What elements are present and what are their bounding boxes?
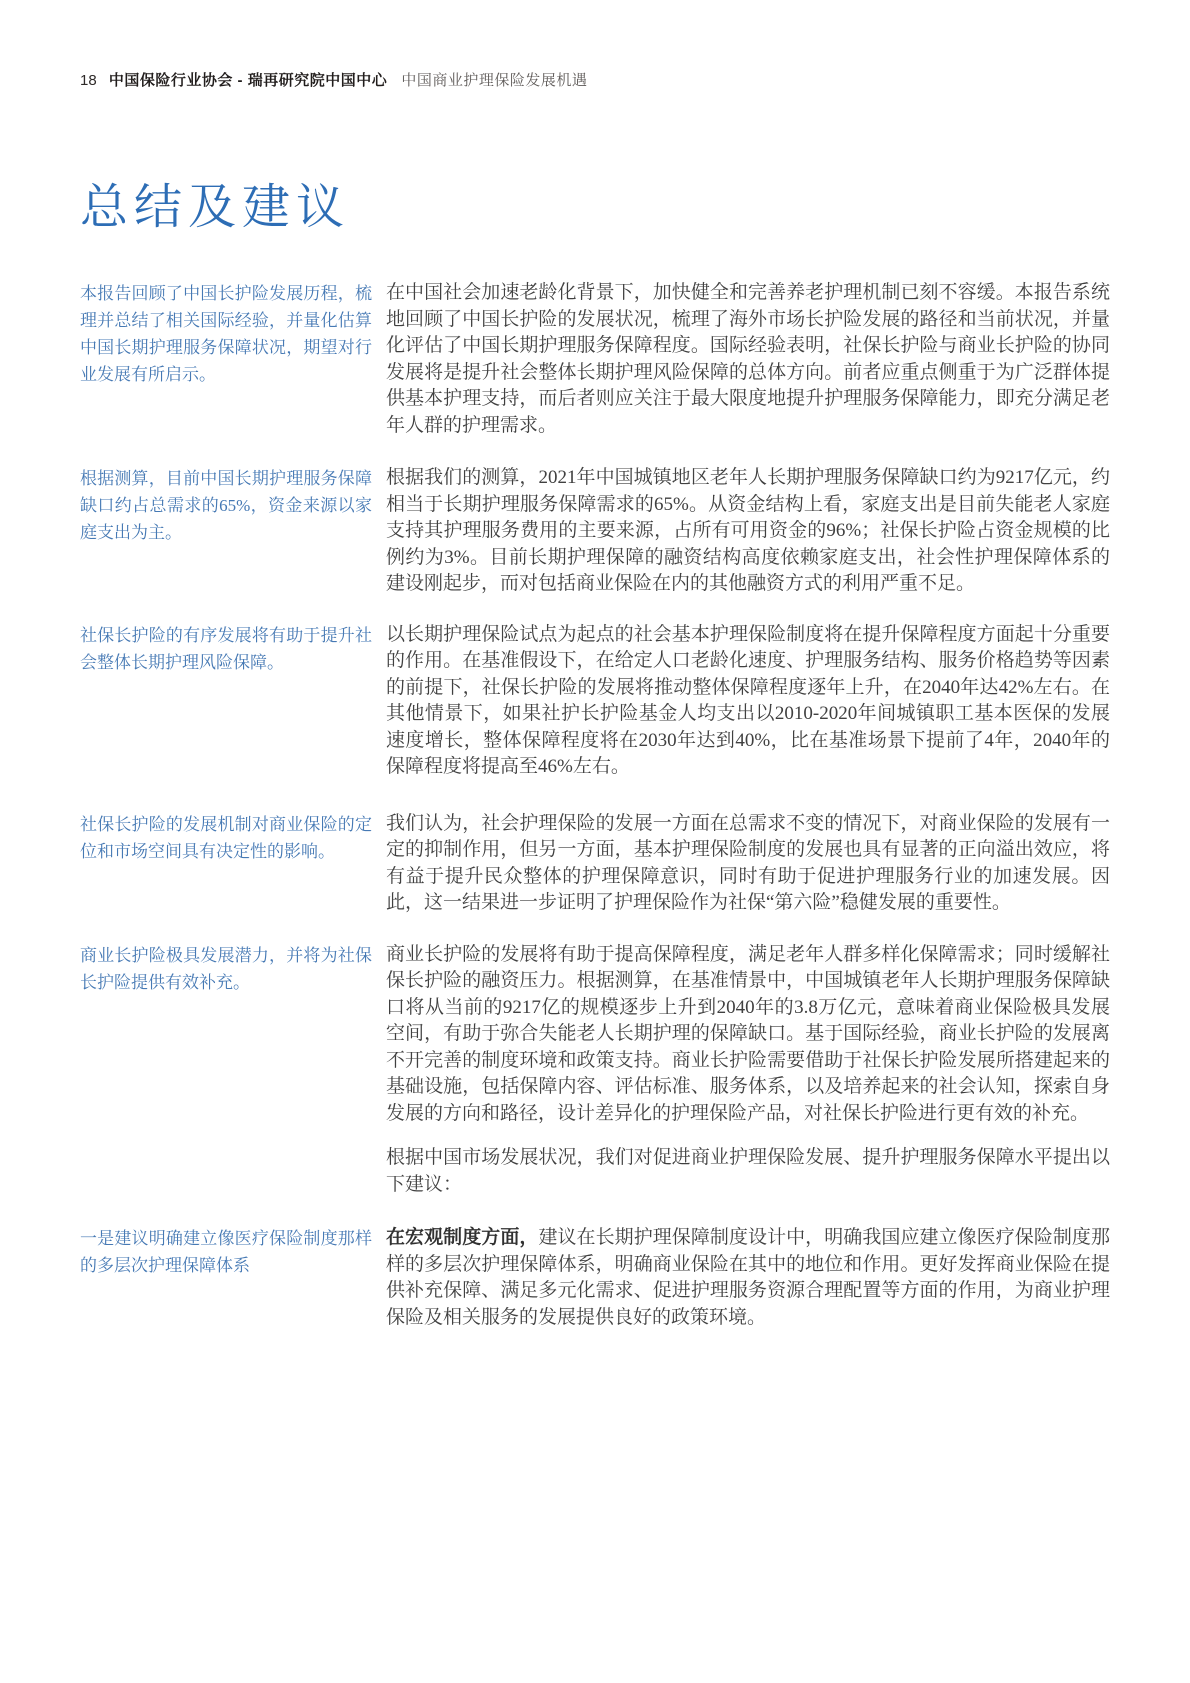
body-paragraph: 在宏观制度方面，建议在长期护理保障制度设计中，明确我国应建立像医疗保险制度那样的… (386, 1225, 1110, 1331)
section-row: 一是建议明确建立像医疗保险制度那样的多层次护理保障体系 在宏观制度方面，建议在长… (80, 1225, 1190, 1331)
body-paragraph: 根据我们的测算，2021年中国城镇地区老年人长期护理服务保障缺口约为9217亿元… (386, 465, 1110, 598)
document-title: 中国商业护理保险发展机遇 (401, 72, 587, 89)
section-row: 社保长护险的有序发展将有助于提升社会整体长期护理风险保障。 以长期护理保险试点为… (80, 622, 1190, 781)
section-row: 商业长护险极具发展潜力，并将为社保长护险提供有效补充。 商业长护险的发展将有助于… (80, 942, 1190, 1128)
margin-note: 一是建议明确建立像医疗保险制度那样的多层次护理保障体系 (80, 1225, 372, 1279)
section-row: 本报告回顾了中国长护险发展历程，梳理并总结了相关国际经验，并量化估算中国长期护理… (80, 280, 1190, 439)
margin-note: 商业长护险极具发展潜力，并将为社保长护险提供有效补充。 (80, 942, 372, 996)
chapter-title: 总结及建议 (80, 180, 1190, 236)
organization-name: 中国保险行业协会 - 瑞再研究院中国中心 (109, 72, 387, 89)
body-paragraph: 在中国社会加速老龄化背景下，加快健全和完善养老护理机制已刻不容缓。本报告系统地回… (386, 280, 1110, 439)
page-header: 18 中国保险行业协会 - 瑞再研究院中国中心 中国商业护理保险发展机遇 (80, 70, 1190, 92)
report-page: 18 中国保险行业协会 - 瑞再研究院中国中心 中国商业护理保险发展机遇 总结及… (0, 0, 1190, 1683)
body-paragraph: 以长期护理保险试点为起点的社会基本护理保险制度将在提升保障程度方面起十分重要的作… (386, 622, 1110, 781)
section-row: 根据中国市场发展状况，我们对促进商业护理保险发展、提升护理服务保障水平提出以下建… (80, 1145, 1190, 1198)
section-row: 社保长护险的发展机制对商业保险的定位和市场空间具有决定性的影响。 我们认为，社会… (80, 811, 1190, 917)
body-paragraph: 根据中国市场发展状况，我们对促进商业护理保险发展、提升护理服务保障水平提出以下建… (386, 1145, 1110, 1198)
paragraph-bold-lead: 在宏观制度方面， (386, 1227, 538, 1248)
margin-note: 社保长护险的发展机制对商业保险的定位和市场空间具有决定性的影响。 (80, 811, 372, 865)
section-row: 根据测算，目前中国长期护理服务保障缺口约占总需求的65%，资金来源以家庭支出为主… (80, 465, 1190, 598)
margin-note: 本报告回顾了中国长护险发展历程，梳理并总结了相关国际经验，并量化估算中国长期护理… (80, 280, 372, 388)
content-area: 本报告回顾了中国长护险发展历程，梳理并总结了相关国际经验，并量化估算中国长期护理… (80, 280, 1190, 1331)
margin-note: 根据测算，目前中国长期护理服务保障缺口约占总需求的65%，资金来源以家庭支出为主… (80, 465, 372, 546)
body-paragraph: 商业长护险的发展将有助于提高保障程度，满足老年人群多样化保障需求；同时缓解社保长… (386, 942, 1110, 1128)
body-paragraph: 我们认为，社会护理保险的发展一方面在总需求不变的情况下，对商业保险的发展有一定的… (386, 811, 1110, 917)
page-number: 18 (80, 72, 97, 89)
margin-note: 社保长护险的有序发展将有助于提升社会整体长期护理风险保障。 (80, 622, 372, 676)
